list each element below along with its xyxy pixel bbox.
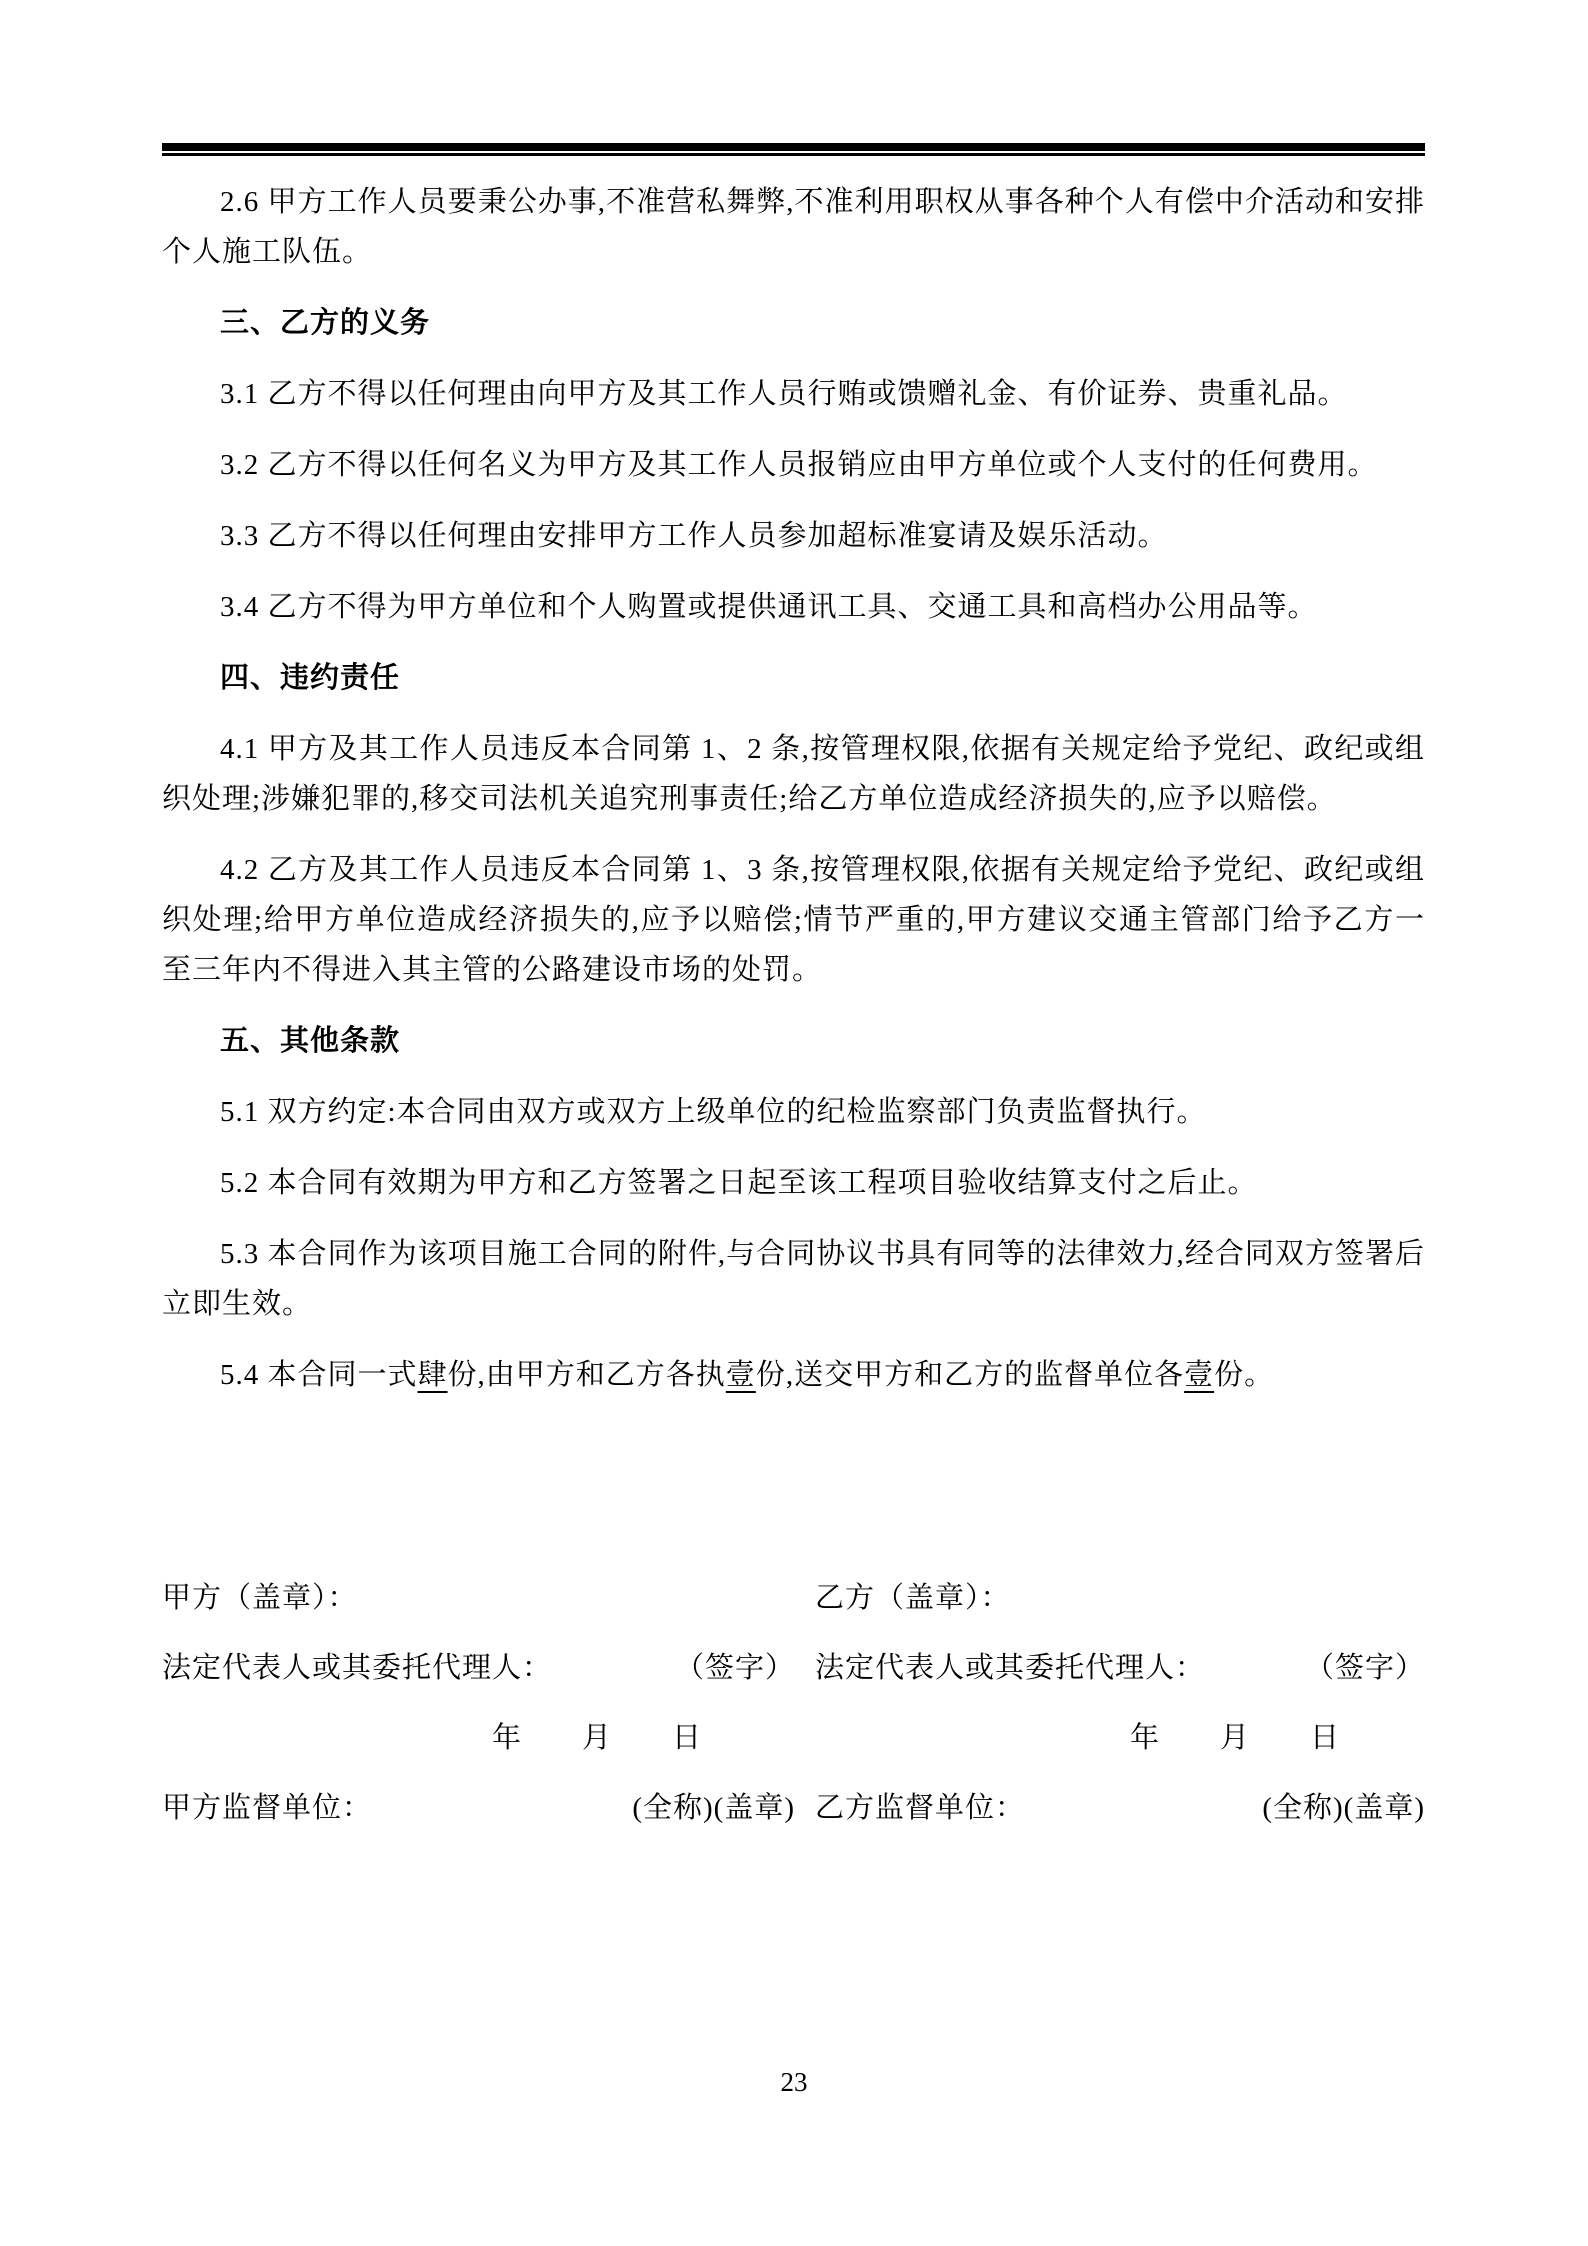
party-b-fullname-seal-note: (全称)(盖章) [1262,1783,1425,1833]
header-rule-thin-line [162,153,1425,156]
clause-5-4-segment: 5.4 本合同一式 [220,1359,418,1391]
section-heading-breach-liability: 四、违约责任 [162,653,1425,703]
clause-3-3: 3.3 乙方不得以任何理由安排甲方工作人员参加超标准宴请及娱乐活动。 [162,511,1425,561]
signature-block: 甲方（盖章）： 乙方（盖章）： 法定代表人或其委托代理人： （签字） 法定代表人… [162,1573,1425,1833]
page-number: 23 [0,2062,1588,2102]
party-b-date-blanks: 年 月 日 [1130,1722,1340,1754]
signature-supervisor-row: 甲方监督单位： (全称)(盖章) 乙方监督单位： (全称)(盖章) [162,1783,1425,1833]
clause-5-4-segment: 份,送交甲方和乙方的监督单位各 [756,1359,1184,1391]
party-a-representative-label: 法定代表人或其委托代理人： [162,1643,552,1693]
clause-3-2: 3.2 乙方不得以任何名义为甲方及其工作人员报销应由甲方单位或个人支付的任何费用… [162,440,1425,490]
copies-each-party-underlined: 壹 [726,1359,756,1391]
clause-5-4-segment: 份,由甲方和乙方各执 [448,1359,726,1391]
party-b-representative-label: 法定代表人或其委托代理人： [815,1643,1205,1693]
clause-3-4: 3.4 乙方不得为甲方单位和个人购置或提供通讯工具、交通工具和高档办公用品等。 [162,582,1425,632]
party-b-supervisor-label: 乙方监督单位： [815,1783,1025,1833]
party-a-fullname-seal-note: (全称)(盖章) [632,1783,795,1833]
section-heading-other-terms: 五、其他条款 [162,1016,1425,1066]
signature-seal-row: 甲方（盖章）： 乙方（盖章）： [162,1573,1425,1623]
copies-total-underlined: 肆 [418,1359,448,1391]
party-a-seal-label: 甲方（盖章）： [162,1582,358,1614]
section-heading-party-b-obligations: 三、乙方的义务 [162,298,1425,348]
clause-5-3: 5.3 本合同作为该项目施工合同的附件,与合同协议书具有同等的法律效力,经合同双… [162,1229,1425,1329]
clause-4-1: 4.1 甲方及其工作人员违反本合同第 1、2 条,按管理权限,依据有关规定给予党… [162,724,1425,824]
signature-representative-row: 法定代表人或其委托代理人： （签字） 法定代表人或其委托代理人： （签字） [162,1643,1425,1693]
party-b-sign-note: （签字） [1305,1643,1425,1693]
clause-5-4: 5.4 本合同一式肆份,由甲方和乙方各执壹份,送交甲方和乙方的监督单位各壹份。 [162,1350,1425,1400]
party-b-seal-label: 乙方（盖章）： [815,1582,1011,1614]
clause-2-6: 2.6 甲方工作人员要秉公办事,不准营私舞弊,不准利用职权从事各种个人有偿中介活… [162,177,1425,277]
party-b-representative-cell: 法定代表人或其委托代理人： （签字） [815,1643,1425,1693]
clause-5-2: 5.2 本合同有效期为甲方和乙方签署之日起至该工程项目验收结算支付之后止。 [162,1158,1425,1208]
party-b-seal-cell: 乙方（盖章）： [815,1573,1425,1623]
signature-date-row: 年 月 日 年 月 日 [162,1713,1425,1763]
clause-5-1: 5.1 双方约定:本合同由双方或双方上级单位的纪检监察部门负责监督执行。 [162,1087,1425,1137]
party-a-date-cell: 年 月 日 [162,1713,795,1763]
header-rule [162,143,1425,156]
clause-5-4-segment: 份。 [1214,1359,1274,1391]
contract-document-page: 2.6 甲方工作人员要秉公办事,不准营私舞弊,不准利用职权从事各种个人有偿中介活… [0,0,1588,2246]
page-content: 2.6 甲方工作人员要秉公办事,不准营私舞弊,不准利用职权从事各种个人有偿中介活… [162,143,1425,1833]
party-a-supervisor-label: 甲方监督单位： [162,1783,372,1833]
party-a-date-blanks: 年 月 日 [492,1722,702,1754]
party-b-date-cell: 年 月 日 [815,1713,1425,1763]
clause-4-2: 4.2 乙方及其工作人员违反本合同第 1、3 条,按管理权限,依据有关规定给予党… [162,845,1425,995]
clause-3-1: 3.1 乙方不得以任何理由向甲方及其工作人员行贿或馈赠礼金、有价证券、贵重礼品。 [162,369,1425,419]
party-a-supervisor-cell: 甲方监督单位： (全称)(盖章) [162,1783,795,1833]
party-a-seal-cell: 甲方（盖章）： [162,1573,795,1623]
copies-supervisor-underlined: 壹 [1184,1359,1214,1391]
header-rule-thick-line [162,143,1425,151]
party-a-sign-note: （签字） [675,1643,795,1693]
party-a-representative-cell: 法定代表人或其委托代理人： （签字） [162,1643,795,1693]
party-b-supervisor-cell: 乙方监督单位： (全称)(盖章) [815,1783,1425,1833]
